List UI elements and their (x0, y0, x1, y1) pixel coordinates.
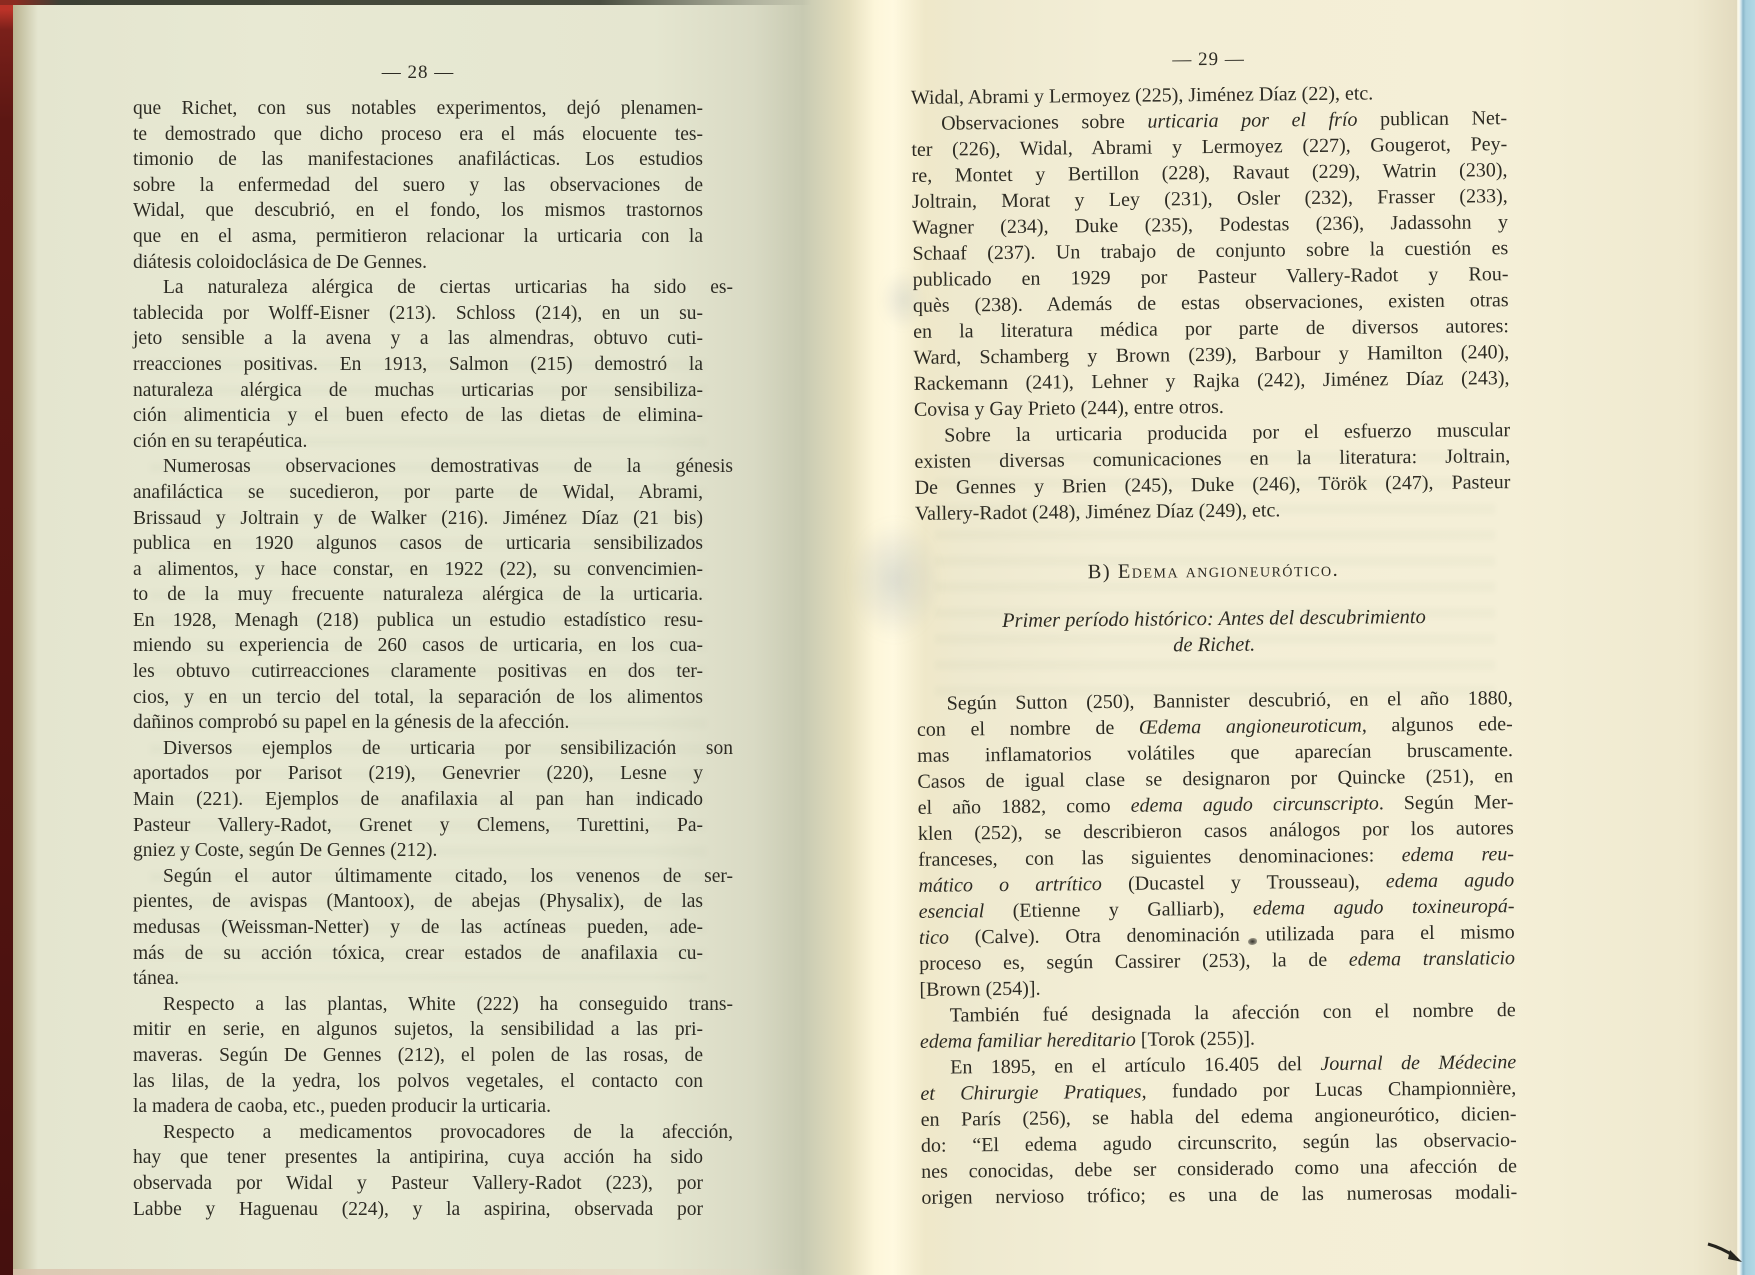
text-run: quès (238). Además de estas observacione… (913, 289, 1509, 317)
text-run: aportados por Parisot (219), Genevrier (… (133, 763, 703, 784)
text-line: rreacciones positivas. En 1913, Salmon (… (133, 352, 703, 378)
scanned-book-spread: { "colors": { "ink": "#2d2b23", "paper_l… (0, 0, 1755, 1275)
text-run: Diversos ejemplos de urticaria por sensi… (163, 738, 733, 759)
text-line: miendo su experiencia de 260 casos de ur… (133, 633, 703, 659)
paragraph: Sobre la urticaria producida por el esfu… (914, 417, 1511, 527)
text-run: hay que tener presentes la antipirina, c… (133, 1147, 703, 1168)
book-spine-edge (0, 0, 13, 1275)
text-run: Según Sutton (250), Bannister descubrió,… (947, 687, 1513, 714)
text-run: maveras. Según De Gennes (212), el polen… (133, 1045, 703, 1066)
section-heading: B) Edema angioneurótico. (915, 555, 1511, 587)
pen-mark (1706, 1240, 1746, 1275)
text-run: Schaaf (237). Un trabajo de conjunto sob… (912, 237, 1508, 265)
page-number-left: — 28 — (133, 62, 703, 84)
page-left-text: que Richet, con sus notables experimento… (133, 96, 703, 1222)
text-line: En 1928, Menagh (218) publica un estudio… (133, 608, 703, 634)
text-line: observada por Widal y Pasteur Vallery-Ra… (133, 1171, 703, 1197)
text-run: con el nombre de (917, 717, 1139, 741)
scan-top-edge (0, 0, 812, 5)
paragraph: También fué designada la afección con el… (920, 997, 1516, 1055)
text-run: En 1928, Menagh (218) publica un estudio… (133, 610, 703, 631)
text-run: (Calve). Otra denominación utilizada par… (949, 921, 1515, 948)
text-run: B) Edema angioneurótico. (1088, 559, 1340, 583)
text-line: dañinos comprobó su papel en la génesis … (133, 710, 703, 736)
page-number-right: — 29 — (910, 45, 1506, 75)
text-run: publican Net- (1357, 107, 1507, 130)
text-run: ción alimenticia y el buen efecto de las… (133, 405, 703, 426)
text-run: publica en 1920 algunos casos de urticar… (133, 533, 703, 554)
italic-text-run: edema reu- (1402, 843, 1514, 866)
text-line: Labbe y Haguenau (224), y la aspirina, o… (133, 1197, 703, 1223)
text-line: B) Edema angioneurótico. (915, 555, 1511, 587)
text-run: Rackemann (241), Lehner y Rajka (242), J… (914, 367, 1510, 395)
text-run: mas inflamatorios volátiles que aparecía… (917, 739, 1513, 767)
paragraph: Respecto a las plantas, White (222) ha c… (133, 992, 703, 1120)
text-line: Respecto a medicamentos provocadores de … (133, 1120, 703, 1146)
text-run: , fundado por Lucas Championnière, (1141, 1077, 1516, 1103)
text-line: mitir en serie, en algunos sujetos, la s… (133, 1017, 703, 1043)
text-run: ter (226), Widal, Abrami y Lermoyez (227… (911, 133, 1507, 161)
italic-text-run: Journal de Médecine (1320, 1051, 1516, 1075)
text-run: , algunos ede- (1362, 713, 1513, 736)
text-line: les obtuvo cutirreacciones claramente po… (133, 659, 703, 685)
text-run: Wagner (234), Duke (235), Podestas (236)… (912, 211, 1508, 239)
text-run: (Ducastel y Trousseau), (1102, 870, 1386, 895)
italic-text-run: esencial (919, 900, 985, 923)
text-run: origen nervioso trófico; es una de las n… (921, 1181, 1517, 1209)
text-run: anafiláctica se sucedieron, por parte de… (133, 482, 703, 503)
text-line: ción alimenticia y el buen efecto de las… (133, 403, 703, 429)
text-run: a alimentos, y hace constar, en 1922 (22… (133, 559, 703, 580)
paragraph: Diversos ejemplos de urticaria por sensi… (133, 736, 703, 864)
text-line: Vallery-Radot (248), Jiménez Díaz (249),… (915, 495, 1511, 527)
text-run: Labbe y Haguenau (224), y la aspirina, o… (133, 1199, 703, 1220)
text-line: medusas (Weissman-Netter) y de las actín… (133, 915, 703, 941)
text-run: También fué designada la afección con el… (950, 999, 1516, 1026)
text-run: rreacciones positivas. En 1913, Salmon (… (133, 354, 703, 375)
text-line: que en el asma, permitieron relacionar l… (133, 224, 703, 250)
paragraph: En 1895, en el artículo 16.405 del Journ… (920, 1049, 1517, 1211)
text-run: la madera de caoba, etc., pueden produci… (133, 1096, 551, 1117)
italic-text-run: et Chirurgie Pratiques (920, 1081, 1141, 1105)
text-run: sobre la enfermedad del suero y las obse… (133, 175, 703, 196)
text-run: Ward, Schamberg y Brown (239), Barbour y… (913, 341, 1509, 369)
text-run: Brissaud y Joltrain y de Walker (216). J… (133, 508, 703, 529)
text-line: a alimentos, y hace constar, en 1922 (22… (133, 557, 703, 583)
text-run: nes conocidas, debe ser considerado como… (921, 1155, 1517, 1183)
text-run: Observaciones sobre (941, 111, 1147, 135)
text-run: do: “El edema agudo circunscrito, según … (921, 1129, 1517, 1157)
italic-text-run: Œdema angioneuroticum (1139, 715, 1362, 739)
text-run: observada por Widal y Pasteur Vallery-Ra… (133, 1173, 703, 1194)
paragraph: Observaciones sobre urticaria por el frí… (911, 105, 1510, 423)
text-run: más de su acción tóxica, crear estados d… (133, 943, 703, 964)
scan-right-edge (1737, 0, 1755, 1275)
italic-text-run: tico (919, 927, 949, 949)
text-run: re, Montet y Bertillon (228), Ravaut (22… (912, 159, 1508, 187)
text-run: Según el autor últimamente citado, los v… (163, 866, 733, 887)
text-run: (Etienne y Galliarb), (984, 898, 1253, 923)
scan-bottom-edge (13, 1269, 813, 1275)
text-line: maveras. Según De Gennes (212), el polen… (133, 1043, 703, 1069)
text-run: les obtuvo cutirreacciones claramente po… (133, 661, 703, 682)
text-line: tánea. (133, 966, 703, 992)
text-run: gniez y Coste, según De Gennes (212). (133, 840, 437, 861)
text-line: to de la muy frecuente naturaleza alérgi… (133, 582, 703, 608)
text-run: Covisa y Gay Prieto (244), entre otros. (914, 396, 1224, 421)
text-line: hay que tener presentes la antipirina, c… (133, 1145, 703, 1171)
paragraph: La naturaleza alérgica de ciertas urtica… (133, 275, 703, 454)
page-right-text: Widal, Abrami y Lermoyez (225), Jiménez … (911, 79, 1518, 1211)
text-run: De Gennes y Brien (245), Duke (246), Tör… (915, 471, 1511, 499)
italic-text-run: edema translaticio (1349, 947, 1515, 971)
section-subheading: Primer período histórico: Antes del desc… (916, 603, 1512, 661)
text-line: diátesis coloidoclásica de De Gennes. (133, 250, 703, 276)
text-run: que en el asma, permitieron relacionar l… (133, 226, 703, 247)
italic-text-run: mático o artrítico (918, 873, 1102, 897)
italic-text-run: urticaria por el frío (1147, 109, 1357, 133)
text-line: Respecto a las plantas, White (222) ha c… (133, 992, 703, 1018)
text-run: publicado en 1929 por Pasteur Vallery-Ra… (913, 263, 1509, 291)
text-run: Respecto a las plantas, White (222) ha c… (163, 994, 733, 1015)
text-line: Widal, que descubrió, en el fondo, los m… (133, 198, 703, 224)
text-run: las lilas, de la yedra, los polvos veget… (133, 1071, 703, 1092)
text-run: Widal, que descubrió, en el fondo, los m… (133, 200, 703, 221)
text-run: proceso es, según Cassirer (253), la de (919, 949, 1349, 975)
text-line: La naturaleza alérgica de ciertas urtica… (133, 275, 703, 301)
text-run: jeto sensible a la avena y a las almendr… (133, 328, 703, 349)
paragraph: que Richet, con sus notables experimento… (133, 96, 703, 275)
text-line: tablecida por Wolff-Eisner (213). Schlos… (133, 301, 703, 327)
text-line: timonio de las manifestaciones anafiláct… (133, 147, 703, 173)
text-line: Según el autor últimamente citado, los v… (133, 864, 703, 890)
italic-text-run: edema agudo (1386, 869, 1515, 892)
text-run: que Richet, con sus notables experimento… (133, 98, 703, 119)
italic-text-run: edema familiar hereditario (920, 1029, 1136, 1053)
text-run: En 1895, en el artículo 16.405 del (950, 1053, 1320, 1079)
text-run: to de la muy frecuente naturaleza alérgi… (133, 584, 703, 605)
text-line: Brissaud y Joltrain y de Walker (216). J… (133, 506, 703, 532)
text-run: el año 1882, como (918, 795, 1131, 819)
text-line: anafiláctica se sucedieron, por parte de… (133, 480, 703, 506)
text-run: dañinos comprobó su papel en la génesis … (133, 712, 569, 733)
text-run: klen (252), se describieron casos análog… (918, 817, 1514, 845)
text-run: Primer período histórico: Antes del desc… (1002, 606, 1426, 632)
text-line: publica en 1920 algunos casos de urticar… (133, 531, 703, 557)
text-run: Joltrain, Morat y Ley (231), Osler (232)… (912, 185, 1508, 213)
text-line: Main (221). Ejemplos de anafilaxia al pa… (133, 787, 703, 813)
text-run: diátesis coloidoclásica de De Gennes. (133, 252, 427, 273)
text-run: Sobre la urticaria producida por el esfu… (944, 419, 1510, 446)
text-line: la madera de caoba, etc., pueden produci… (133, 1094, 703, 1120)
text-run: naturaleza alérgica de muchas urticarias… (133, 380, 703, 401)
text-run: Main (221). Ejemplos de anafilaxia al pa… (133, 789, 703, 810)
text-run: Respecto a medicamentos provocadores de … (163, 1122, 733, 1143)
text-run: [Brown (254)]. (919, 978, 1040, 1001)
text-run: te demostrado que dicho proceso era el m… (133, 124, 703, 145)
page-right-content: — 29 — Widal, Abrami y Lermoyez (225), J… (910, 45, 1517, 1211)
text-line: aportados por Parisot (219), Genevrier (… (133, 761, 703, 787)
text-line: más de su acción tóxica, crear estados d… (133, 941, 703, 967)
text-run: Numerosas observaciones demostrativas de… (163, 456, 733, 477)
text-line: cios, y en un tercio del total, la separ… (133, 685, 703, 711)
italic-text-run: edema agudo toxineuropá- (1253, 895, 1515, 920)
text-run: Casos de igual clase se designaron por Q… (917, 765, 1513, 793)
text-run: miendo su experiencia de 260 casos de ur… (133, 635, 703, 656)
text-line: Diversos ejemplos de urticaria por sensi… (133, 736, 703, 762)
text-run: Vallery-Radot (248), Jiménez Díaz (249),… (915, 499, 1281, 525)
text-run: cios, y en un tercio del total, la separ… (133, 687, 703, 708)
paragraph: Según el autor últimamente citado, los v… (133, 864, 703, 992)
book-scan: — 28 — que Richet, con sus notables expe… (0, 0, 1755, 1275)
text-run: en la literatura médica por parte de div… (913, 315, 1509, 343)
text-line: Numerosas observaciones demostrativas de… (133, 454, 703, 480)
text-line: naturaleza alérgica de muchas urticarias… (133, 378, 703, 404)
text-run: [Torok (255)]. (1136, 1028, 1255, 1051)
italic-text-run: edema agudo circunscripto (1131, 792, 1379, 816)
text-run: Pasteur Vallery-Radot, Grenet y Clemens,… (133, 815, 703, 836)
text-line: Pasteur Vallery-Radot, Grenet y Clemens,… (133, 813, 703, 839)
text-line: jeto sensible a la avena y a las almendr… (133, 326, 703, 352)
text-line: gniez y Coste, según De Gennes (212). (133, 838, 703, 864)
text-run: . Según Mer- (1379, 791, 1514, 814)
text-run: existen diversas comunicaciones en la li… (914, 445, 1510, 473)
text-run: Widal, Abrami y Lermoyez (225), Jiménez … (911, 82, 1374, 108)
text-run: tablecida por Wolff-Eisner (213). Schlos… (133, 303, 703, 324)
text-run: mitir en serie, en algunos sujetos, la s… (133, 1019, 703, 1040)
text-run: de Richet. (1173, 634, 1255, 657)
paragraph: Según Sutton (250), Bannister descubrió,… (917, 685, 1516, 1003)
text-line: que Richet, con sus notables experimento… (133, 96, 703, 122)
text-line: sobre la enfermedad del suero y las obse… (133, 173, 703, 199)
text-run: ción en su terapéutica. (133, 431, 307, 452)
paragraph: Numerosas observaciones demostrativas de… (133, 454, 703, 736)
text-run: franceses, con las siguientes denominaci… (918, 844, 1402, 871)
paragraph: Respecto a medicamentos provocadores de … (133, 1120, 703, 1222)
text-run: en París (256), se habla del edema angio… (921, 1103, 1517, 1131)
text-run: La naturaleza alérgica de ciertas urtica… (163, 277, 733, 298)
text-line: te demostrado que dicho proceso era el m… (133, 122, 703, 148)
text-run: timonio de las manifestaciones anafiláct… (133, 149, 703, 170)
text-line: ción en su terapéutica. (133, 429, 703, 455)
text-line: las lilas, de la yedra, los polvos veget… (133, 1069, 703, 1095)
text-run: pientes, de avispas (Mantoox), de abejas… (133, 891, 703, 912)
text-line: pientes, de avispas (Mantoox), de abejas… (133, 889, 703, 915)
text-run: tánea. (133, 968, 179, 989)
text-run: medusas (Weissman-Netter) y de las actín… (133, 917, 703, 938)
